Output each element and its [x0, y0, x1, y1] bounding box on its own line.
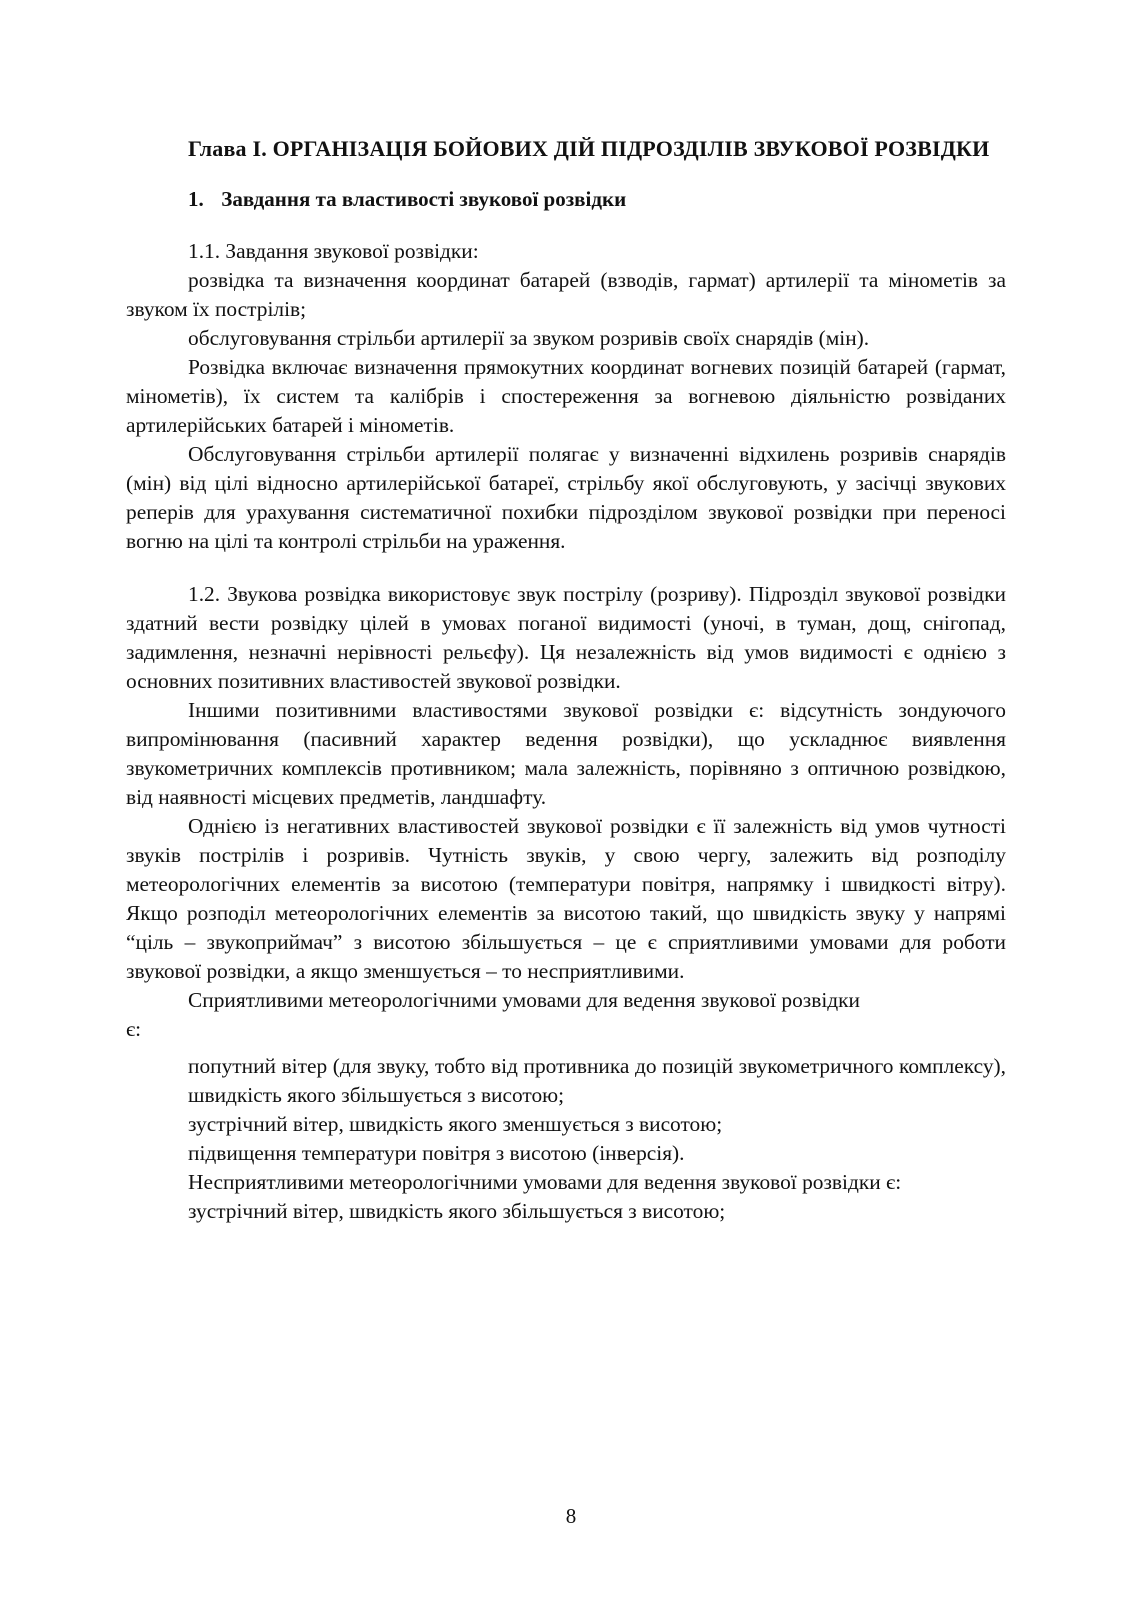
paragraph-reconnaissance-includes: Розвідка включає визначення прямокутних … — [126, 353, 1006, 440]
paragraph-positive-properties: Іншими позитивними властивостями звуково… — [126, 696, 1006, 812]
list-item-tailwind: попутний вітер (для звуку, тобто від про… — [126, 1052, 1006, 1110]
document-page: Глава І. ОРГАНІЗАЦІЯ БОЙОВИХ ДІЙ ПІДРОЗД… — [0, 0, 1142, 1614]
paragraph-unfavorable-conditions-intro: Несприятливими метеорологічними умовами … — [126, 1168, 1006, 1197]
paragraph-task-reconnaissance: розвідка та визначення координат батарей… — [126, 266, 1006, 324]
list-item-headwind-increasing: зустрічний вітер, швидкість якого збільш… — [126, 1197, 1006, 1226]
section-title: Завдання та властивості звукової розвідк… — [221, 187, 626, 211]
subsection-1-1-heading: 1.1. Завдання звукової розвідки: — [126, 237, 1006, 266]
paragraph-task-fire-support: обслуговування стрільби артилерії за зву… — [126, 324, 1006, 353]
paragraph-fire-servicing: Обслуговування стрільби артилерії поляга… — [126, 440, 1006, 556]
paragraph-favorable-conditions-colon: є: — [126, 1015, 1006, 1044]
chapter-title: Глава І. ОРГАНІЗАЦІЯ БОЙОВИХ ДІЙ ПІДРОЗД… — [126, 134, 1006, 163]
page-content: Глава І. ОРГАНІЗАЦІЯ БОЙОВИХ ДІЙ ПІДРОЗД… — [126, 134, 1006, 1226]
section-heading: 1. Завдання та властивості звукової розв… — [126, 185, 1006, 213]
section-number: 1. — [188, 185, 216, 213]
paragraph-favorable-conditions-intro: Сприятливими метеорологічними умовами дл… — [126, 986, 1006, 1015]
subsection-1-2-paragraph: 1.2. Звукова розвідка використовує звук … — [126, 580, 1006, 696]
list-item-headwind-decreasing: зустрічний вітер, швидкість якого зменшу… — [126, 1110, 1006, 1139]
page-number: 8 — [0, 1503, 1142, 1529]
paragraph-negative-properties: Однією із негативних властивостей звуков… — [126, 812, 1006, 986]
list-item-temperature-inversion: підвищення температури повітря з висотою… — [126, 1139, 1006, 1168]
